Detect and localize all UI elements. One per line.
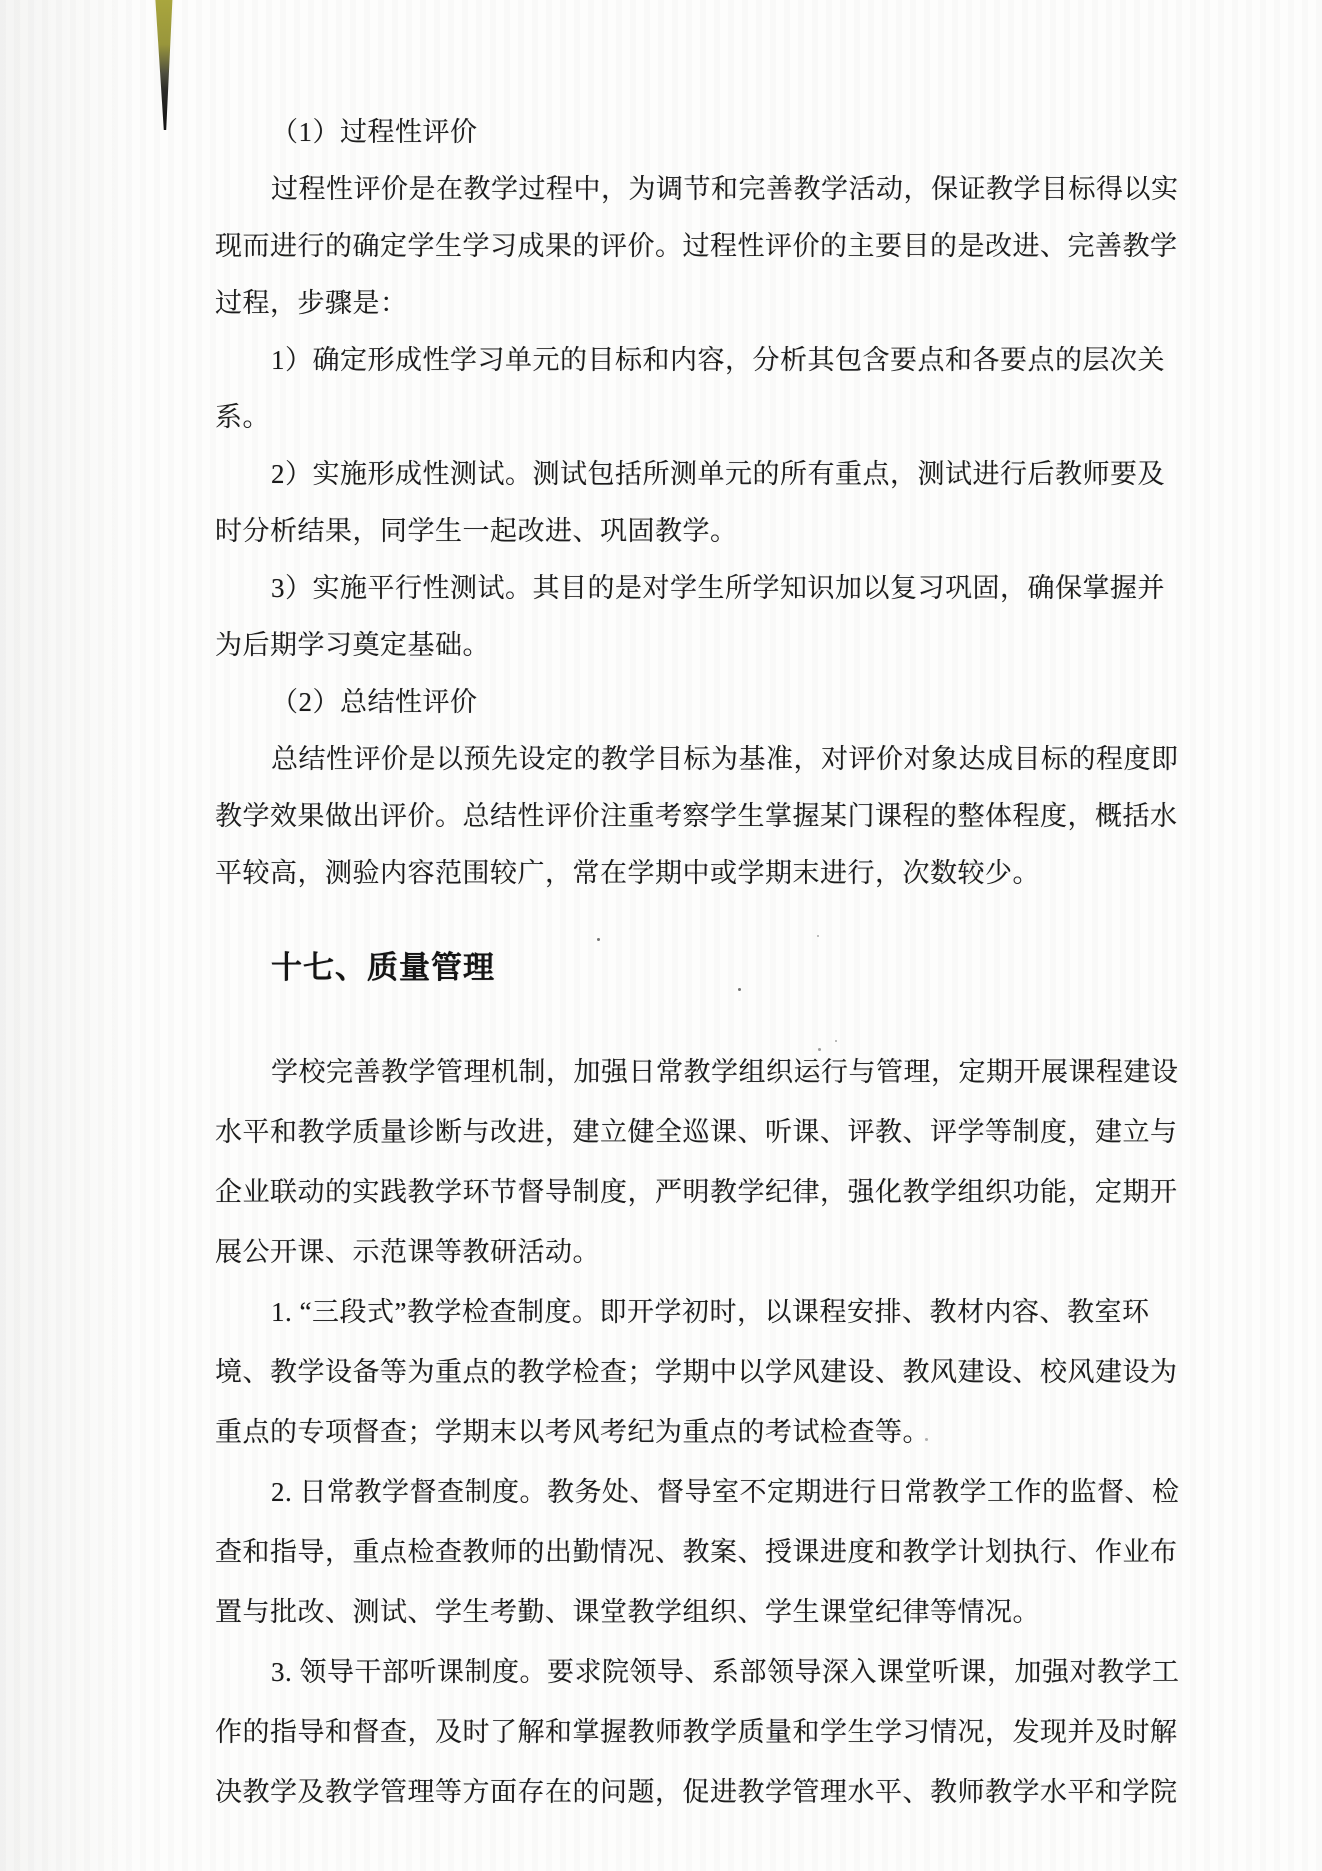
text-line: 企业联动的实践教学环节督导制度，严明教学纪律，强化教学组织功能，定期开	[215, 1162, 1322, 1222]
text-line: 查和指导，重点检查教师的出勤情况、教案、授课进度和教学计划执行、作业布	[215, 1522, 1322, 1582]
text-line: 过程，步骤是：	[215, 275, 1322, 332]
text-line: 教学效果做出评价。总结性评价注重考察学生掌握某门课程的整体程度，概括水	[215, 788, 1322, 845]
text-line: 作的指导和督查，及时了解和掌握教师教学质量和学生学习情况，发现并及时解	[215, 1702, 1322, 1762]
text-line: 2. 日常教学督查制度。教务处、督导室不定期进行日常教学工作的监督、检	[215, 1462, 1322, 1522]
text-line: 置与批改、测试、学生考勤、课堂教学组织、学生课堂纪律等情况。	[215, 1582, 1322, 1642]
text-line: 决教学及教学管理等方面存在的问题，促进教学管理水平、教师教学水平和学院	[215, 1762, 1322, 1822]
text-line: 总结性评价是以预先设定的教学目标为基准，对评价对象达成目标的程度即	[215, 731, 1322, 788]
text-line: 水平和教学质量诊断与改进，建立健全巡课、听课、评教、评学等制度，建立与	[215, 1102, 1322, 1162]
text-line: 2）实施形成性测试。测试包括所测单元的所有重点，测试进行后教师要及	[215, 446, 1322, 503]
section-heading: 十七、质量管理	[215, 946, 1322, 990]
text-line: 学校完善教学管理机制，加强日常教学组织运行与管理，定期开展课程建设	[215, 1042, 1322, 1102]
text-line: 系。	[215, 389, 1322, 446]
scanned-document-page: （1）过程性评价过程性评价是在教学过程中，为调节和完善教学活动，保证教学目标得以…	[0, 0, 1322, 1871]
text-line: 境、教学设备等为重点的教学检查；学期中以学风建设、教风建设、校风建设为	[215, 1342, 1322, 1402]
text-line: 3. 领导干部听课制度。要求院领导、系部领导深入课堂听课，加强对教学工	[215, 1642, 1322, 1702]
text-line: 展公开课、示范课等教研活动。	[215, 1222, 1322, 1282]
text-line: （2）总结性评价	[215, 674, 1322, 731]
text-line: 时分析结果，同学生一起改进、巩固教学。	[215, 503, 1322, 560]
text-line: 为后期学习奠定基础。	[215, 617, 1322, 674]
text-line: 3）实施平行性测试。其目的是对学生所学知识加以复习巩固，确保掌握并	[215, 560, 1322, 617]
text-line: 现而进行的确定学生学习成果的评价。过程性评价的主要目的是改进、完善教学	[215, 218, 1322, 275]
text-line: （1）过程性评价	[215, 104, 1322, 161]
text-line: 1）确定形成性学习单元的目标和内容，分析其包含要点和各要点的层次关	[215, 332, 1322, 389]
text-line: 过程性评价是在教学过程中，为调节和完善教学活动，保证教学目标得以实	[215, 161, 1322, 218]
text-line: 1. “三段式”教学检查制度。即开学初时，以课程安排、教材内容、教室环	[215, 1282, 1322, 1342]
document-text: （1）过程性评价过程性评价是在教学过程中，为调节和完善教学活动，保证教学目标得以…	[0, 104, 1322, 1822]
text-line: 平较高，测验内容范围较广，常在学期中或学期末进行，次数较少。	[215, 845, 1322, 902]
text-line: 重点的专项督查；学期末以考风考纪为重点的考试检查等。	[215, 1402, 1322, 1462]
